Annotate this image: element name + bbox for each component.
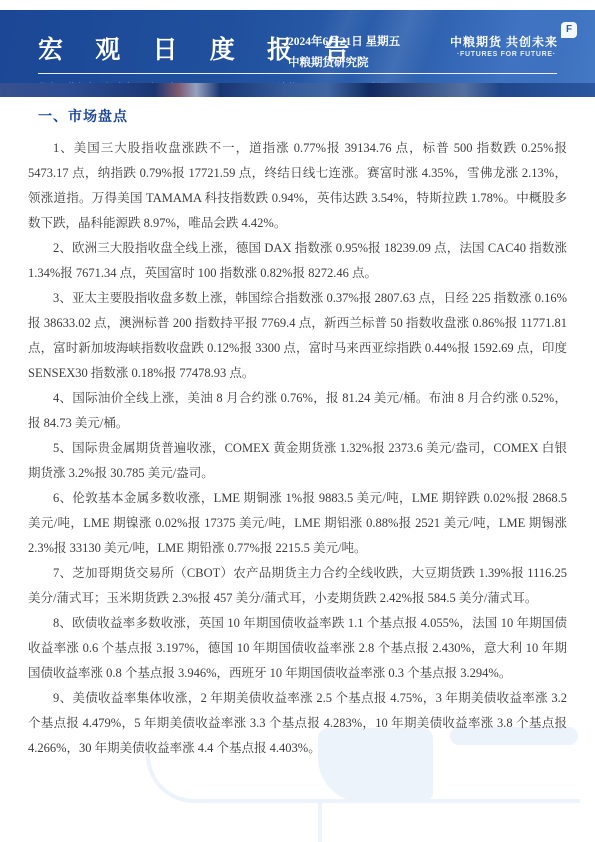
report-paragraph: 7、芝加哥期货交易所（CBOT）农产品期货主力合约全线收跌，大豆期货跌 1.39… [28, 561, 567, 611]
cofco-futures-logo-icon: F [561, 22, 577, 38]
watermark-horizontal-line [200, 799, 580, 803]
report-paragraph: 4、国际油价全线上涨，美油 8 月合约涨 0.76%，报 81.24 美元/桶。… [28, 386, 567, 436]
header-banner: 宏 观 日 度 报 告 2024年6月21日 星期五 中粮期货研究院 中粮期货 … [0, 10, 595, 97]
section-title-market-recap: 一、市场盘点 [38, 108, 567, 128]
banner-photo-strip [0, 83, 595, 97]
report-paragraph: 3、亚太主要股指收盘多数上涨，韩国综合指数涨 0.37%报 2807.63 点，… [28, 286, 567, 386]
report-date: 2024年6月21日 星期五 [288, 33, 400, 49]
report-paragraph: 2、欧洲三大股指收盘全线上涨，德国 DAX 指数涨 0.95%报 18239.0… [28, 236, 567, 286]
report-paragraph: 5、国际贵金属期货普遍收涨，COMEX 黄金期货涨 1.32%报 2373.6 … [28, 436, 567, 486]
report-page: { "colors": { "banner_blue": "#1e4d9b", … [0, 0, 595, 842]
report-paragraph: 6、伦敦基本金属多数收涨，LME 期铜涨 1%报 9883.5 美元/吨，LME… [28, 486, 567, 561]
brand-slogan-en: ·FUTURES FOR FUTURE· [457, 51, 556, 58]
report-paragraph: 1、美国三大股指收盘涨跌不一，道指涨 0.77%报 39134.76 点，标普 … [28, 136, 567, 236]
header-divider [38, 73, 557, 74]
research-institute: 中粮期货研究院 [288, 54, 369, 70]
brand-slogan-cn: 中粮期货 共创未来 [450, 33, 558, 50]
report-body: 一、市场盘点 1、美国三大股指收盘涨跌不一，道指涨 0.77%报 39134.7… [28, 108, 567, 761]
watermark-vertical-line [318, 801, 322, 842]
report-paragraph: 8、欧债收益率多数收涨，英国 10 年期国债收益率跌 1.1 个基点报 4.05… [28, 611, 567, 686]
report-paragraph: 9、美债收益率集体收涨，2 年期美债收益率涨 2.5 个基点报 4.75%，3 … [28, 686, 567, 761]
